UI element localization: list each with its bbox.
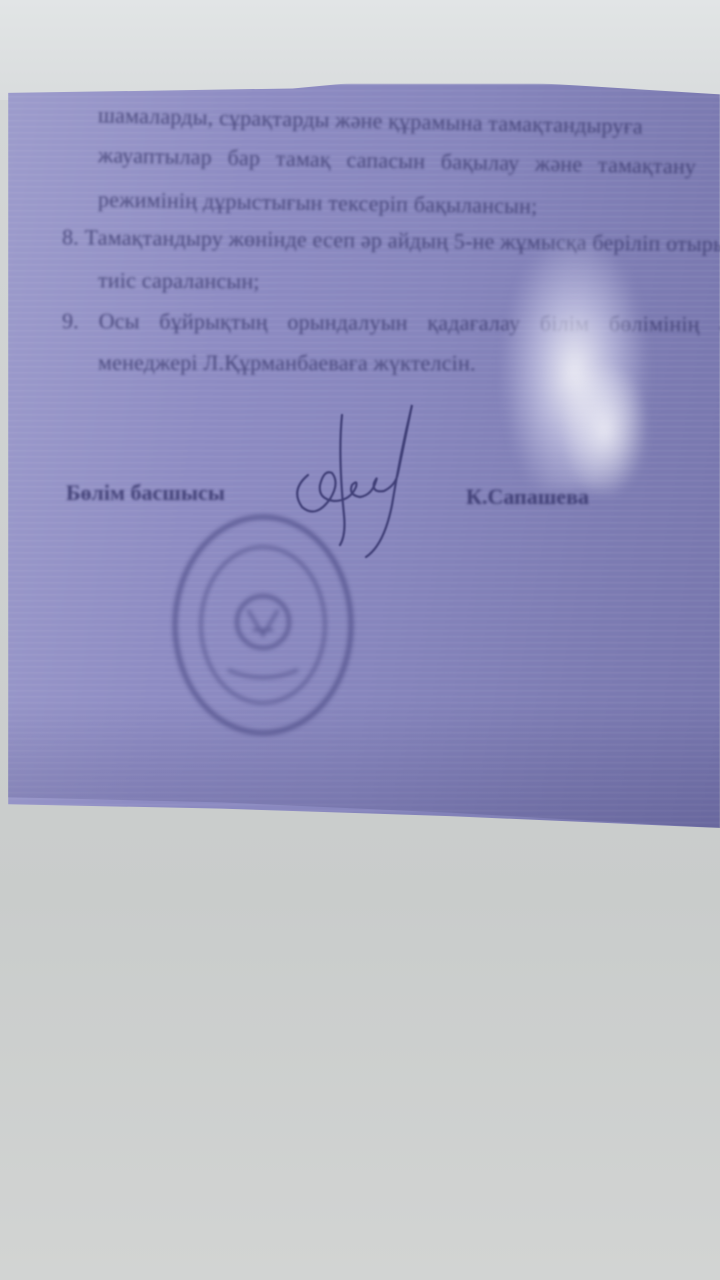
signatory-title: Бөлім басшысы: [66, 480, 225, 506]
light-glare: [560, 360, 650, 500]
handwritten-signature: [280, 395, 440, 565]
signature-block: Бөлім басшысы К.Сапашева: [0, 0, 720, 1280]
